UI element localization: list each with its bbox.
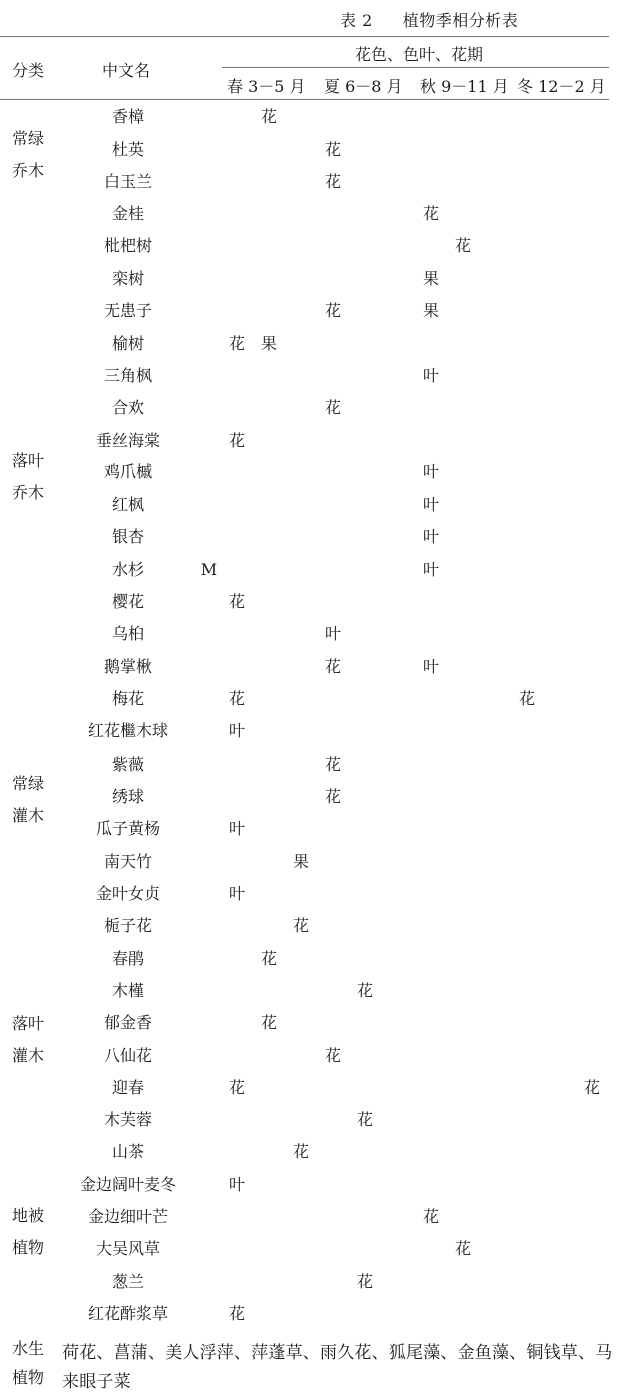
- plant-name: 春鹃: [112, 949, 144, 969]
- plant-name: 迎春: [112, 1078, 144, 1098]
- category-label: 乔木: [12, 155, 44, 187]
- season-mark: 花: [261, 107, 277, 127]
- season-mark: 花: [293, 1142, 309, 1162]
- season-mark: 花: [229, 1078, 245, 1098]
- season-mark: 花: [357, 1272, 373, 1292]
- aquatic-label-2: 植物: [12, 1368, 44, 1388]
- plant-name: 葱兰: [112, 1272, 144, 1292]
- season-mark: 叶: [325, 624, 341, 644]
- header-group: 花色、色叶、花期: [355, 42, 483, 65]
- plant-name: 瓜子黄杨: [96, 819, 160, 839]
- plant-name: 金边阔叶麦冬: [80, 1175, 176, 1195]
- season-mark: 花: [325, 140, 341, 160]
- plant-name: 栾树: [112, 269, 144, 289]
- season-mark: 花: [325, 301, 341, 321]
- table-title: 植物季相分析表: [403, 11, 519, 30]
- season-mark: 花: [325, 398, 341, 418]
- plant-name: 八仙花: [104, 1046, 152, 1066]
- plant-name: 白玉兰: [104, 172, 152, 192]
- season-mark: 花: [261, 1013, 277, 1033]
- season-mark: 果: [423, 301, 439, 321]
- season-mark: 叶: [229, 1175, 245, 1195]
- season-mark: 花: [357, 981, 373, 1001]
- category-label: 乔木: [12, 477, 44, 509]
- aquatic-plants-line1: 荷花、菖蒲、美人浮萍、萍蓬草、雨久花、狐尾藻、金鱼藻、铜钱草、马: [62, 1338, 612, 1363]
- plant-name: 紫薇: [112, 755, 144, 775]
- season-mark: M: [201, 560, 217, 580]
- plant-name: 樱花: [112, 592, 144, 612]
- aquatic-label-1: 水生: [12, 1339, 44, 1359]
- plant-name: 木槿: [112, 981, 144, 1001]
- season-mark: 果: [423, 269, 439, 289]
- season-mark: 果: [261, 334, 277, 354]
- category-label: 灌木: [12, 1040, 44, 1072]
- table-number: 表 2: [340, 11, 373, 30]
- plant-name: 鹅掌楸: [104, 657, 152, 677]
- season-mark: 叶: [229, 721, 245, 741]
- season-mark: 花: [229, 431, 245, 451]
- header-season-autumn: 秋 9－11 月: [420, 74, 509, 97]
- plant-name: 山茶: [112, 1142, 144, 1162]
- season-mark: 花: [293, 916, 309, 936]
- plant-name: 枇杷树: [104, 236, 152, 256]
- plant-name: 红花檵木球: [88, 721, 168, 741]
- season-mark: 叶: [423, 366, 439, 386]
- season-mark: 花: [584, 1078, 600, 1098]
- header-category: 分类: [12, 58, 44, 81]
- plant-name: 无患子: [104, 301, 152, 321]
- season-mark: 花: [325, 172, 341, 192]
- category-label: 植物: [12, 1232, 44, 1264]
- season-mark: 叶: [229, 884, 245, 904]
- season-mark: 花: [325, 1046, 341, 1066]
- season-mark: 叶: [423, 495, 439, 515]
- season-mark: 花: [519, 689, 535, 709]
- aquatic-plants-line2: 来眼子菜: [62, 1367, 131, 1392]
- plant-name: 水杉: [112, 560, 144, 580]
- plant-name: 金叶女贞: [96, 884, 160, 904]
- plant-name: 杜英: [112, 140, 144, 160]
- season-mark: 果: [293, 852, 309, 872]
- plant-name: 榆树: [112, 334, 144, 354]
- plant-name: 郁金香: [104, 1013, 152, 1033]
- header-season-spring: 春 3－5 月: [227, 74, 306, 97]
- header-bottom-rule: [0, 99, 609, 100]
- plant-name: 梅花: [112, 689, 144, 709]
- plant-name: 三角枫: [104, 366, 152, 386]
- season-mark: 花: [325, 657, 341, 677]
- season-mark: 叶: [423, 462, 439, 482]
- plant-name: 合欢: [112, 398, 144, 418]
- season-mark: 花: [229, 334, 245, 354]
- plant-name: 南天竹: [104, 852, 152, 872]
- category-label: 灌木: [12, 800, 44, 832]
- season-mark: 花: [229, 1304, 245, 1324]
- season-mark: 花: [357, 1110, 373, 1130]
- plant-name: 栀子花: [104, 916, 152, 936]
- plant-name: 垂丝海棠: [96, 431, 160, 451]
- season-mark: 花: [229, 689, 245, 709]
- plant-name: 大吴风草: [96, 1239, 160, 1259]
- plant-name: 金桂: [112, 204, 144, 224]
- header-season-summer: 夏 6－8 月: [324, 74, 403, 97]
- category-label: 常绿: [12, 123, 44, 155]
- header-name: 中文名: [102, 58, 150, 81]
- group-rule: [222, 67, 609, 68]
- season-mark: 叶: [229, 819, 245, 839]
- plant-name: 绣球: [112, 787, 144, 807]
- season-mark: 叶: [423, 560, 439, 580]
- header-season-winter: 冬 12－2 月: [517, 74, 606, 97]
- category-label: 常绿: [12, 768, 44, 800]
- season-mark: 花: [455, 1239, 471, 1259]
- season-mark: 花: [261, 949, 277, 969]
- season-mark: 花: [423, 1207, 439, 1227]
- plant-name: 乌桕: [112, 624, 144, 644]
- plant-name: 金边细叶芒: [88, 1207, 168, 1227]
- season-mark: 叶: [423, 657, 439, 677]
- plant-name: 银杏: [112, 527, 144, 547]
- category-label: 落叶: [12, 445, 44, 477]
- category-label: 落叶: [12, 1008, 44, 1040]
- plant-name: 鸡爪槭: [104, 462, 152, 482]
- top-rule: [0, 36, 609, 37]
- season-mark: 花: [229, 592, 245, 612]
- category-label: 地被: [12, 1200, 44, 1232]
- plant-name: 红花酢浆草: [88, 1304, 168, 1324]
- season-mark: 花: [423, 204, 439, 224]
- season-mark: 花: [325, 755, 341, 775]
- plant-name: 木芙蓉: [104, 1110, 152, 1130]
- plant-name: 红枫: [112, 495, 144, 515]
- season-mark: 叶: [423, 527, 439, 547]
- season-mark: 花: [325, 787, 341, 807]
- plant-name: 香樟: [112, 107, 144, 127]
- table-caption: 表 2植物季相分析表: [340, 8, 518, 31]
- season-mark: 花: [455, 236, 471, 256]
